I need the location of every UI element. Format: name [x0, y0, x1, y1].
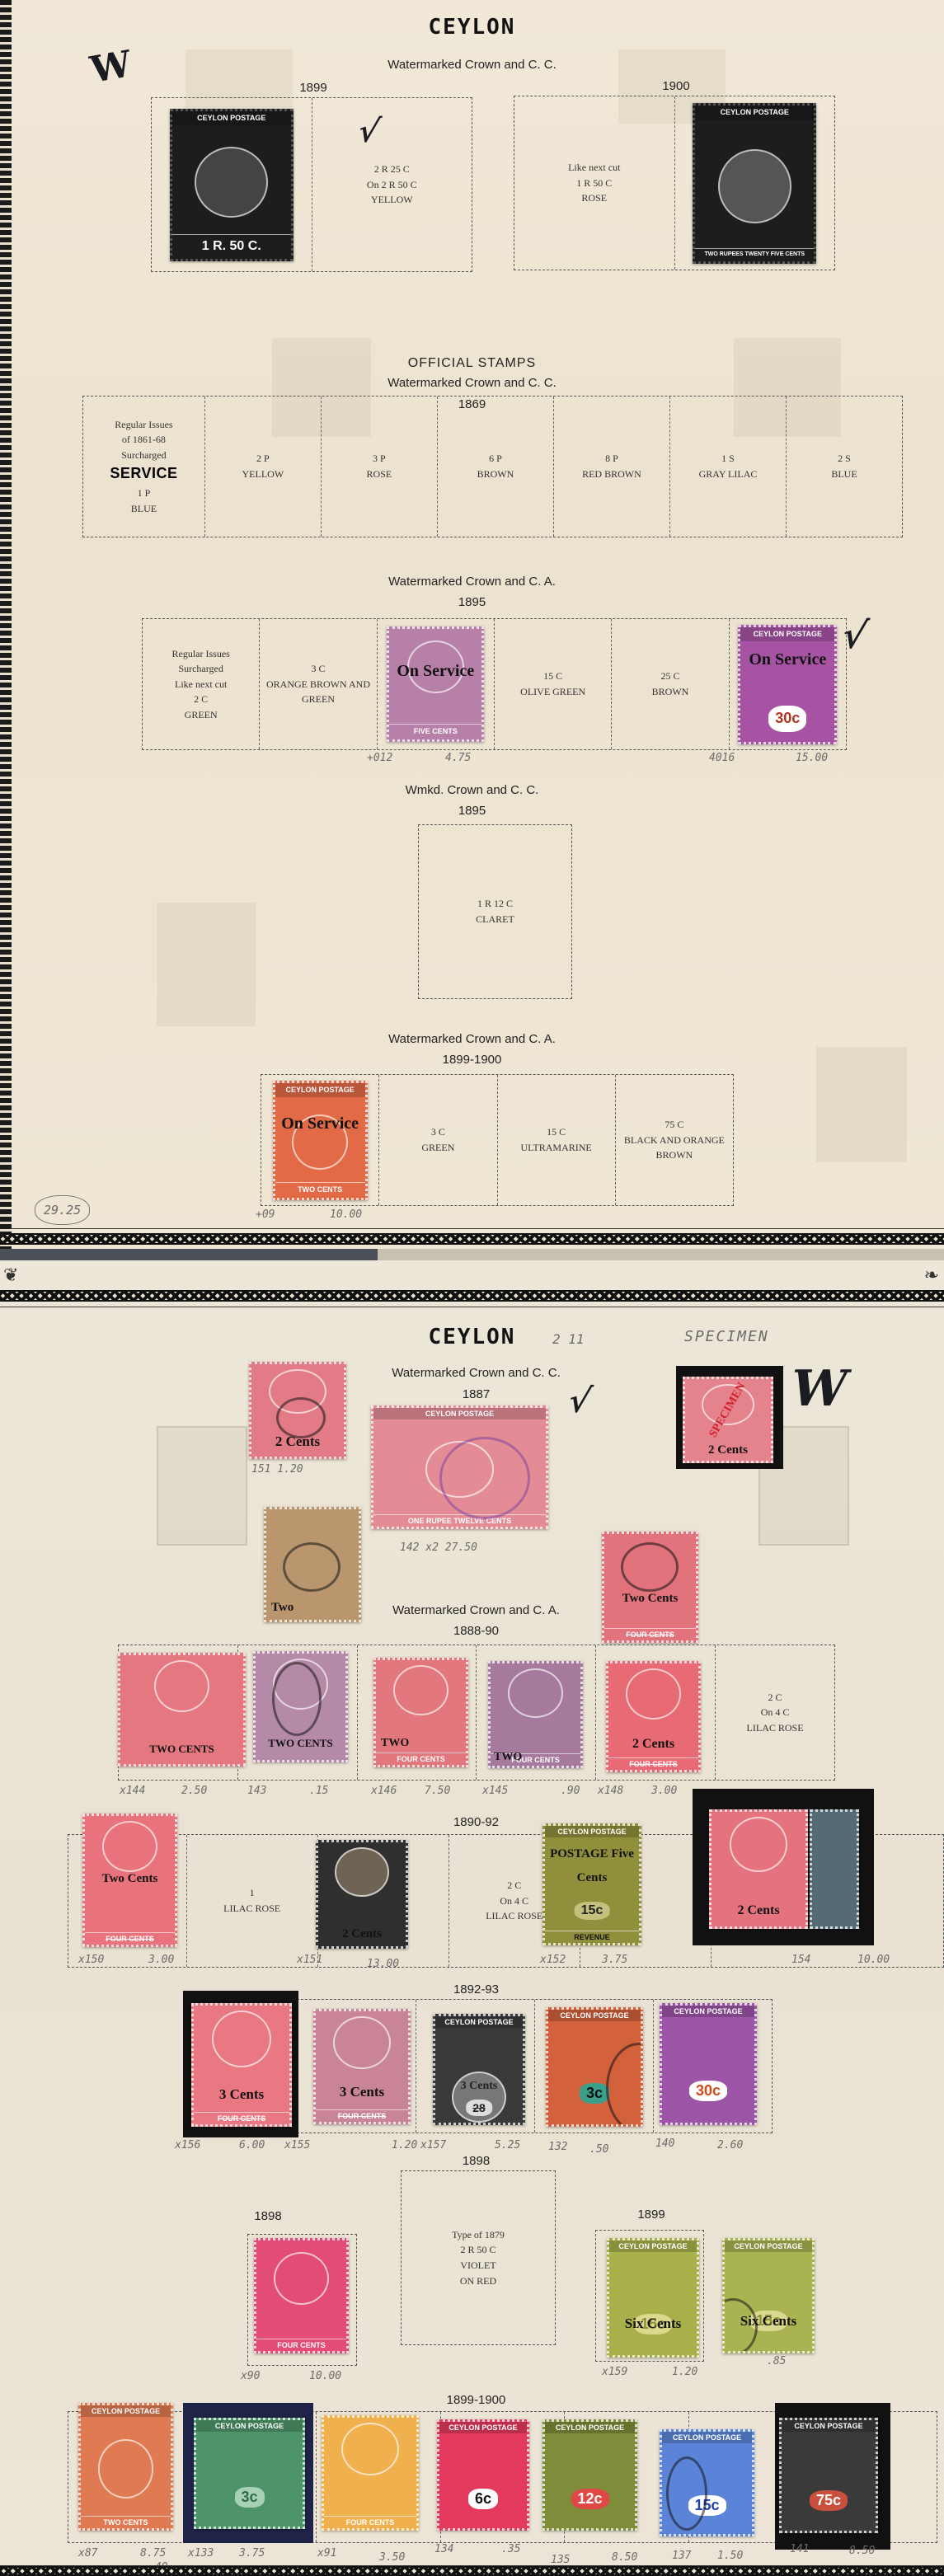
color-label: OLIVE GREEN: [520, 684, 585, 700]
year-label: 1900: [643, 79, 709, 93]
denomination: 1 P: [138, 486, 151, 501]
denomination: 1 R 50 C: [576, 176, 612, 191]
decorative-border: [0, 1233, 944, 1245]
stamp-design-label: CEYLON POSTAGE: [545, 1826, 639, 1837]
postmark-cancel: [621, 1542, 679, 1592]
stamp-space: CEYLON POSTAGE On Service TWO CENTS: [261, 1075, 379, 1205]
overprint-label: 2 Cents: [685, 1443, 771, 1457]
pencil-price: 10.00: [309, 2370, 341, 2382]
overprint-label: Two Cents: [85, 1872, 175, 1886]
denomination: 6 P: [489, 451, 502, 467]
year-label: 1898: [235, 2209, 301, 2223]
decorative-border: [0, 2566, 944, 2576]
color-label: GREEN: [421, 1140, 454, 1156]
pencil-catalog-number: x150: [78, 1954, 104, 1966]
pencil-catalog-number: 140: [655, 2137, 674, 2150]
stamp-value-label: TWO RUPEES TWENTY FIVE CENTS: [695, 248, 814, 261]
color-label: LILAC ROSE: [486, 1908, 542, 1924]
year-label: 1895: [0, 804, 944, 818]
stamp-3c-green-pair[interactable]: CEYLON POSTAGE 3c: [194, 2418, 305, 2529]
denomination: 2 C: [194, 692, 208, 707]
pencil-catalog-number: x145: [482, 1785, 508, 1797]
year-label: 1898: [165, 2154, 787, 2168]
overprint-label: 2 Cents: [318, 1927, 406, 1941]
overprint-label: 3 Cents: [435, 2080, 523, 2093]
denomination: 1 R 12 C: [477, 896, 513, 912]
stamp-space: 2 C On 4 C LILAC ROSE: [716, 1645, 834, 1780]
postmark-cancel: [283, 1542, 340, 1592]
stamp-3-cents-rose[interactable]: 3 Cents FOUR CENTS: [313, 2009, 411, 2124]
note: Regular Issues: [172, 646, 230, 662]
stamp-value-label: 30c: [768, 706, 806, 732]
pencil-price: 1.20: [392, 2139, 417, 2151]
stamp-space: Regular Issues of 1861-68 Surcharged SER…: [83, 396, 205, 537]
stamp-space-group-1899: CEYLON POSTAGE 1 R. 50 C. 2 R 25 C On 2 …: [151, 97, 472, 272]
denomination: 1 S: [721, 451, 735, 467]
color-label: BROWN: [477, 467, 514, 482]
pencil-catalog-number: +012: [367, 752, 392, 764]
stamp-space-2r50c: Type of 1879 2 R 50 C VIOLET ON RED: [401, 2170, 556, 2345]
pencil-price: 2.60: [717, 2139, 743, 2151]
stamp-design-label: CEYLON POSTAGE: [782, 2420, 876, 2432]
color-label: BLUE: [131, 501, 157, 517]
stamp-space-1r12c: 1 R 12 C CLARET: [418, 824, 572, 999]
note: Type of 1879: [452, 2227, 505, 2243]
stamp-four-cents-yellow[interactable]: FOUR CENTS: [322, 2415, 419, 2531]
pencil-price: 1.20: [672, 2366, 697, 2378]
stamp-value-label: FOUR CENTS: [256, 2339, 346, 2351]
stamp-four-cents-1898[interactable]: FOUR CENTS: [254, 2238, 349, 2353]
pencil-price: 3.75: [239, 2547, 265, 2560]
stamp-value-label: 30c: [689, 2081, 727, 2101]
pencil-catalog-number: x159: [602, 2366, 627, 2378]
stamp-space: 1 LILAC ROSE: [187, 1835, 318, 1967]
pencil-catalog-number: x155: [284, 2139, 310, 2151]
note: Like next cut: [175, 677, 227, 692]
stamp-two-cents-lilac[interactable]: TWO CENTS: [253, 1651, 348, 1762]
color-label: BLUE: [831, 467, 857, 482]
stamp-space: 3 CORANGE BROWN AND GREEN: [260, 619, 377, 749]
year-label: 1899: [618, 2208, 684, 2222]
pencil-catalog-number: x148: [598, 1785, 623, 1797]
stamp-value-label: FOUR CENTS: [324, 2516, 416, 2528]
stamp-space: CEYLON POSTAGE On Service 30c: [730, 619, 846, 749]
pencil-catalog-number: x133: [188, 2547, 214, 2560]
stamp-value-label: 15c: [575, 1902, 610, 1920]
stamp-15c-blue[interactable]: CEYLON POSTAGE 15c: [660, 2429, 754, 2536]
stamp-3c-orange-green[interactable]: CEYLON POSTAGE 3c: [546, 2007, 643, 2127]
overprint-label: 2 Cents: [712, 1903, 805, 1918]
overprint-label: On Service: [389, 662, 481, 681]
note: of 1861-68: [122, 432, 166, 448]
stamp-12c-olive[interactable]: CEYLON POSTAGE 12c: [542, 2419, 637, 2531]
note: Like next cut: [568, 160, 620, 176]
stamp-two-on-four-lilac[interactable]: TWO FOUR CENTS: [488, 1661, 583, 1768]
denomination: 3 C: [311, 661, 325, 677]
color-label: ORANGE BROWN AND GREEN: [265, 677, 372, 707]
pencil-catalog-number: x91: [317, 2547, 336, 2560]
pencil-catalog-note: 151 1.20: [251, 1463, 303, 1476]
year-label: 1888-90: [165, 1624, 787, 1638]
stamp-value-label: 12c: [571, 2489, 608, 2509]
stamp-space-row-1899-1900: CEYLON POSTAGE On Service TWO CENTS 3 CG…: [261, 1074, 734, 1206]
overprint-label: 3 Cents: [316, 2084, 408, 2100]
pencil-catalog-number: 132: [548, 2141, 567, 2153]
pencil-price: 7.50: [425, 1785, 450, 1797]
pencil-price: .85: [767, 2355, 786, 2367]
stamp-six-cents-on-15c[interactable]: CEYLON POSTAGE 15c Six Cents: [607, 2238, 699, 2358]
overprint-label: TWO CENTS: [256, 1737, 345, 1750]
stamp-value-label: 3c: [234, 2487, 264, 2508]
queen-portrait: [508, 1668, 564, 1718]
stamp-space: CEYLON POSTAGE 1 R. 50 C.: [152, 98, 312, 271]
stamp-two-cents-pair[interactable]: TWO CENTS: [118, 1653, 246, 1767]
postmark-cancel: [439, 1437, 530, 1519]
denomination: 2 R 25 C: [374, 162, 410, 177]
stamp-3-cents-on-four[interactable]: 3 Cents FOUR CENTS: [191, 2003, 292, 2127]
stamp-value-label: TWO CENTS: [81, 2516, 171, 2528]
denomination: 8 P: [605, 451, 618, 467]
color-label: LILAC ROSE: [747, 1720, 804, 1736]
stamp-space: 1 SGRAY LILAC: [670, 396, 787, 537]
overprint-label: TWO CENTS: [120, 1743, 243, 1756]
stamp-value-label: FOUR CENTS: [376, 1753, 466, 1765]
postmark-cancel: [606, 2043, 643, 2127]
stamp-1r12c-pair[interactable]: CEYLON POSTAGE ONE RUPEE TWELVE CENTS: [371, 1405, 548, 1529]
stamp-space: Like next cut 1 R 50 C ROSE: [514, 96, 675, 270]
denomination: 2 C: [768, 1690, 782, 1706]
stamp-design-label: CEYLON POSTAGE: [545, 2422, 635, 2433]
queen-portrait: [212, 2011, 271, 2067]
pencil-catalog-number: +09: [256, 1208, 275, 1221]
watermark-heading: Wmkd. Crown and C. C.: [0, 783, 944, 797]
corner-ornament-icon: ❧: [924, 1265, 939, 1286]
pencil-price: 3.00: [148, 1954, 174, 1966]
queen-portrait: [626, 1668, 682, 1720]
watermark-heading: Watermarked Crown and C. A.: [165, 1603, 787, 1617]
ink-checkmark: W: [787, 1364, 852, 1414]
stamp-value-label: 75c: [810, 2490, 848, 2511]
decorative-border: [0, 1290, 944, 1302]
pencil-catalog-number: x151: [297, 1954, 322, 1966]
stamp-space: 25 CBROWN: [612, 619, 729, 749]
stamp-6c-rose[interactable]: CEYLON POSTAGE 6c: [437, 2419, 529, 2531]
color-label: LILAC ROSE: [223, 1901, 280, 1917]
pencil-price: 8.50: [612, 2551, 637, 2564]
denomination: 1: [250, 1885, 255, 1901]
stamp-design-label: CEYLON POSTAGE: [695, 106, 814, 120]
overprint-label: Six Cents: [609, 2316, 697, 2332]
stamp-space: CEYLON POSTAGE TWO RUPEES TWENTY FIVE CE…: [675, 96, 835, 270]
stamp-on-service-2c[interactable]: CEYLON POSTAGE On Service TWO CENTS: [273, 1081, 368, 1200]
stamp-design-label: CEYLON POSTAGE: [725, 2241, 812, 2252]
stamp-six-cents-on-15c-used[interactable]: CEYLON POSTAGE 15c Six Cents: [722, 2238, 815, 2353]
pencil-catalog-number: 4016: [709, 752, 735, 764]
stamp-two-on-four-cents[interactable]: TWO FOUR CENTS: [373, 1658, 468, 1767]
stamp-space: 8 PRED BROWN: [554, 396, 670, 537]
note: Regular Issues: [115, 417, 172, 433]
pencil-catalog-number: 137: [672, 2550, 691, 2562]
stamp-space: 6 PBROWN: [438, 396, 554, 537]
stamp-space: 15 COLIVE GREEN: [495, 619, 612, 749]
pencil-price: 8.75: [140, 2547, 166, 2560]
denomination: 15 C: [547, 1124, 566, 1140]
stamp-2-cents-mounted[interactable]: 2 Cents: [709, 1809, 808, 1929]
note: Surcharged: [178, 661, 223, 677]
pencil-catalog-number: x87: [78, 2547, 97, 2560]
queen-portrait: [393, 1665, 449, 1715]
denomination: 3 C: [431, 1124, 445, 1140]
queen-portrait: [98, 2439, 154, 2499]
pencil-price: 3.75: [602, 1954, 627, 1966]
stamp-space: 3 PROSE: [322, 396, 438, 537]
stamp-value-label: ONE RUPEE TWELVE CENTS: [373, 1514, 546, 1527]
ink-checkmark: W: [88, 46, 134, 89]
watermark-heading: Watermarked Crown and C. C.: [0, 376, 944, 390]
color-label: YELLOW: [371, 192, 413, 208]
stamp-design-label: CEYLON POSTAGE: [548, 2010, 641, 2021]
queen-portrait: [333, 2016, 390, 2069]
pencil-note: SPECIMEN: [684, 1328, 769, 1345]
pencil-price: 4.75: [445, 752, 471, 764]
pencil-catalog-number: x144: [120, 1785, 145, 1797]
page-border-rule: [10, 1228, 944, 1229]
stamp-value-label: 1 R. 50 C.: [172, 234, 291, 259]
color-label: CLARET: [476, 912, 514, 927]
postmark-cancel: [272, 1662, 322, 1736]
stamp-space: 2 R 25 C On 2 R 50 C YELLOW: [312, 98, 472, 271]
stamp-space: 1 R 12 C CLARET: [419, 825, 571, 998]
denomination: 2 S: [838, 451, 851, 467]
revenue-label: REVENUE: [545, 1931, 639, 1943]
stamp-space: Type of 1879 2 R 50 C VIOLET ON RED: [402, 2171, 555, 2344]
overprint-label: TWO: [376, 1737, 466, 1750]
color-label: YELLOW: [242, 467, 284, 482]
note: Surcharged: [121, 448, 166, 463]
pencil-catalog-number: x146: [371, 1785, 397, 1797]
postmark-cancel: [722, 2298, 758, 2353]
stamp-design-label: CEYLON POSTAGE: [662, 2432, 752, 2443]
overprint-label: 3 Cents: [194, 2086, 289, 2103]
overprint-label: POSTAGE Five Cents: [545, 1842, 639, 1889]
album-page-2: ❦ ❧ CEYLON 2 11 SPECIMEN Watermarked Cro…: [0, 1249, 944, 2576]
pencil-catalog-number: x157: [420, 2139, 446, 2151]
color-label: VIOLET: [460, 2258, 495, 2273]
pencil-price: 5.25: [495, 2139, 520, 2151]
denomination: 25 C: [660, 669, 679, 684]
pencil-price: .15: [309, 1785, 328, 1797]
postmark-cancel: [276, 1397, 326, 1438]
stamp-design-label: CEYLON POSTAGE: [373, 1408, 546, 1419]
stamp-value-label: FIVE CENTS: [389, 724, 481, 739]
queen-portrait: [718, 149, 791, 224]
page-title: CEYLON: [0, 15, 944, 40]
show-through-stamp: [157, 1426, 247, 1546]
stamp-value-label: 3c: [580, 2083, 609, 2104]
stamp-space-row-1895: Regular Issues Surcharged Like next cut …: [142, 618, 847, 750]
pencil-price: 3.00: [651, 1785, 677, 1797]
overprint-label: SERVICE: [110, 462, 177, 486]
color-label: BROWN: [652, 684, 689, 700]
overprint-label: TWO: [491, 1751, 580, 1764]
denomination: 15 C: [543, 669, 562, 684]
stamp-space: On Service FIVE CENTS: [378, 619, 495, 749]
watermark-heading: Watermarked Crown and C. A.: [0, 1032, 944, 1046]
pencil-catalog-number: 141: [790, 2543, 809, 2555]
pencil-price: 15.00: [796, 752, 828, 764]
stamp-design-label: CEYLON POSTAGE: [439, 2422, 527, 2433]
pencil-catalog-number: 134: [434, 2543, 453, 2555]
stamp-space: 15 CULTRAMARINE: [498, 1075, 616, 1205]
pencil-price: .35: [501, 2543, 520, 2555]
queen-portrait: [274, 2252, 330, 2305]
stamp-two-cents-on-four-pair[interactable]: Two Cents FOUR CENTS: [82, 1814, 177, 1947]
year-label: 1899: [280, 81, 346, 95]
stamp-space: 75 CBLACK AND ORANGE BROWN: [616, 1075, 733, 1205]
stamp-illustration-2r25c: CEYLON POSTAGE TWO RUPEES TWENTY FIVE CE…: [693, 103, 816, 264]
surcharge: On 4 C: [761, 1705, 790, 1720]
color-label: ON RED: [460, 2273, 496, 2289]
stamp-design-label: CEYLON POSTAGE: [196, 2420, 303, 2432]
stamp-design-label: CEYLON POSTAGE: [662, 2006, 754, 2017]
pencil-catalog-number: 143: [247, 1785, 266, 1797]
page-title: CEYLON: [0, 1325, 944, 1349]
stamp-design-label: CEYLON POSTAGE: [609, 2241, 697, 2252]
stamp-space-row-1869: Regular Issues of 1861-68 Surcharged SER…: [82, 396, 903, 537]
stamp-2-cents-1887[interactable]: 2 Cents: [249, 1362, 346, 1459]
stamp-partially-hidden[interactable]: [810, 1809, 859, 1929]
torn-page-edge: [0, 1249, 944, 1260]
color-label: GREEN: [185, 707, 218, 723]
stamp-value-label: 28: [466, 2100, 492, 2116]
stamp-space-group-1900: Like next cut 1 R 50 C ROSE CEYLON POSTA…: [514, 96, 835, 270]
queen-portrait: [341, 2423, 398, 2475]
stamp-design-label: CEYLON POSTAGE: [275, 1083, 365, 1098]
stamp-value-label: FOUR CENTS: [194, 2112, 289, 2124]
stamp-space: 2 SBLUE: [787, 396, 902, 537]
pencil-price: 2.50: [181, 1785, 207, 1797]
queen-portrait: [335, 1847, 389, 1897]
stamp-on-service-30c[interactable]: CEYLON POSTAGE On Service 30c: [738, 625, 837, 744]
queen-portrait: [154, 1660, 209, 1712]
denomination: 3 P: [373, 451, 386, 467]
pencil-price: 13.00: [367, 1958, 399, 1970]
stamp-3-cents-on-28c[interactable]: CEYLON POSTAGE 3 Cents 28: [433, 2014, 525, 2125]
queen-portrait: [195, 147, 268, 218]
overprint-label: On Service: [275, 1114, 365, 1133]
stamp-specimen-2-cents[interactable]: SPECIMEN 2 Cents: [683, 1377, 773, 1463]
watermark-heading: Watermarked Crown and C. C.: [0, 58, 944, 72]
color-label: BLACK AND ORANGE BROWN: [621, 1133, 728, 1163]
pencil-price: 8.50: [849, 2545, 875, 2557]
stamp-five-cents-revenue[interactable]: CEYLON POSTAGE POSTAGE Five Cents 15c RE…: [542, 1823, 641, 1945]
pencil-price: 6.00: [239, 2139, 265, 2151]
stamp-value-label: FOUR CENTS: [316, 2109, 408, 2122]
color-label: ROSE: [581, 190, 607, 206]
stamp-value-label: TWO CENTS: [275, 1182, 365, 1198]
pencil-note: 2 11: [552, 1331, 585, 1347]
stamp-space: Regular Issues Surcharged Like next cut …: [143, 619, 260, 749]
stamp-illustration-1r50c: CEYLON POSTAGE 1 R. 50 C.: [170, 109, 294, 261]
stamp-30c-purple[interactable]: CEYLON POSTAGE 30c: [660, 2003, 757, 2125]
pencil-price: 10.00: [330, 1208, 362, 1221]
pencil-price: .90: [561, 1785, 580, 1797]
color-label: ULTRAMARINE: [521, 1140, 592, 1156]
stamp-design-label: CEYLON POSTAGE: [435, 2016, 523, 2028]
pencil-catalog-number: 154: [791, 1954, 810, 1966]
pencil-price: 3.50: [379, 2551, 405, 2564]
color-label: RED BROWN: [582, 467, 641, 482]
pencil-price: 1.50: [717, 2550, 743, 2562]
year-label: 1895: [0, 595, 944, 609]
section-heading: OFFICIAL STAMPS: [0, 356, 944, 371]
surcharge: On 2 R 50 C: [367, 177, 417, 193]
pencil-catalog-number: x156: [175, 2139, 200, 2151]
stamp-2-cents-black[interactable]: 2 Cents: [316, 1840, 408, 1949]
stamp-space: 3 CGREEN: [379, 1075, 497, 1205]
stamp-value-label: FOUR CENTS: [85, 1932, 175, 1945]
queen-portrait: [102, 1821, 158, 1872]
color-label: GRAY LILAC: [699, 467, 758, 482]
stamp-space: 2 PYELLOW: [205, 396, 322, 537]
surcharge: On 4 C: [500, 1893, 528, 1909]
pencil-price: 10.00: [857, 1954, 890, 1966]
pencil-catalog-number: 135: [551, 2554, 570, 2566]
denomination: 2 R 50 C: [460, 2242, 495, 2258]
stamp-design-label: CEYLON POSTAGE: [172, 111, 291, 126]
stamp-value-label: 6c: [468, 2489, 498, 2509]
pencil-page-total: 29.25: [35, 1195, 90, 1225]
pencil-catalog-number: x152: [540, 1954, 566, 1966]
stamp-value-label: FOUR CENTS: [608, 1757, 698, 1770]
denomination: 2 C: [507, 1878, 521, 1893]
album-page-1: CEYLON Watermarked Crown and C. C. 1899 …: [0, 0, 944, 1249]
overprint-label: On Service: [740, 650, 834, 669]
postmark-cancel: [666, 2456, 707, 2531]
stamp-design-label: CEYLON POSTAGE: [81, 2405, 171, 2417]
stamp-on-service-5c[interactable]: On Service FIVE CENTS: [387, 626, 484, 742]
overprint-label: 2 Cents: [608, 1737, 698, 1752]
pencil-catalog-number: x90: [241, 2370, 260, 2382]
denomination: 2 P: [256, 451, 270, 467]
stamp-75c-black[interactable]: CEYLON POSTAGE 75c: [779, 2418, 878, 2533]
stamp-design-label: CEYLON POSTAGE: [740, 627, 834, 642]
stamp-2-cents-on-four[interactable]: 2 Cents FOUR CENTS: [606, 1661, 701, 1772]
watermark-heading: Watermarked Crown and C. A.: [0, 575, 944, 589]
show-through-shadow: [157, 903, 256, 1026]
color-label: ROSE: [367, 467, 392, 482]
page-border-rule: [0, 1307, 944, 1307]
year-label: 1899-1900: [0, 1053, 944, 1067]
corner-ornament-icon: ❦: [3, 1265, 18, 1286]
stamp-two-cents-1899[interactable]: CEYLON POSTAGE TWO CENTS: [78, 2403, 173, 2531]
pencil-catalog-note: 142 x2 27.50: [400, 1541, 477, 1554]
queen-portrait: [730, 1817, 788, 1872]
denomination: 75 C: [665, 1117, 683, 1133]
